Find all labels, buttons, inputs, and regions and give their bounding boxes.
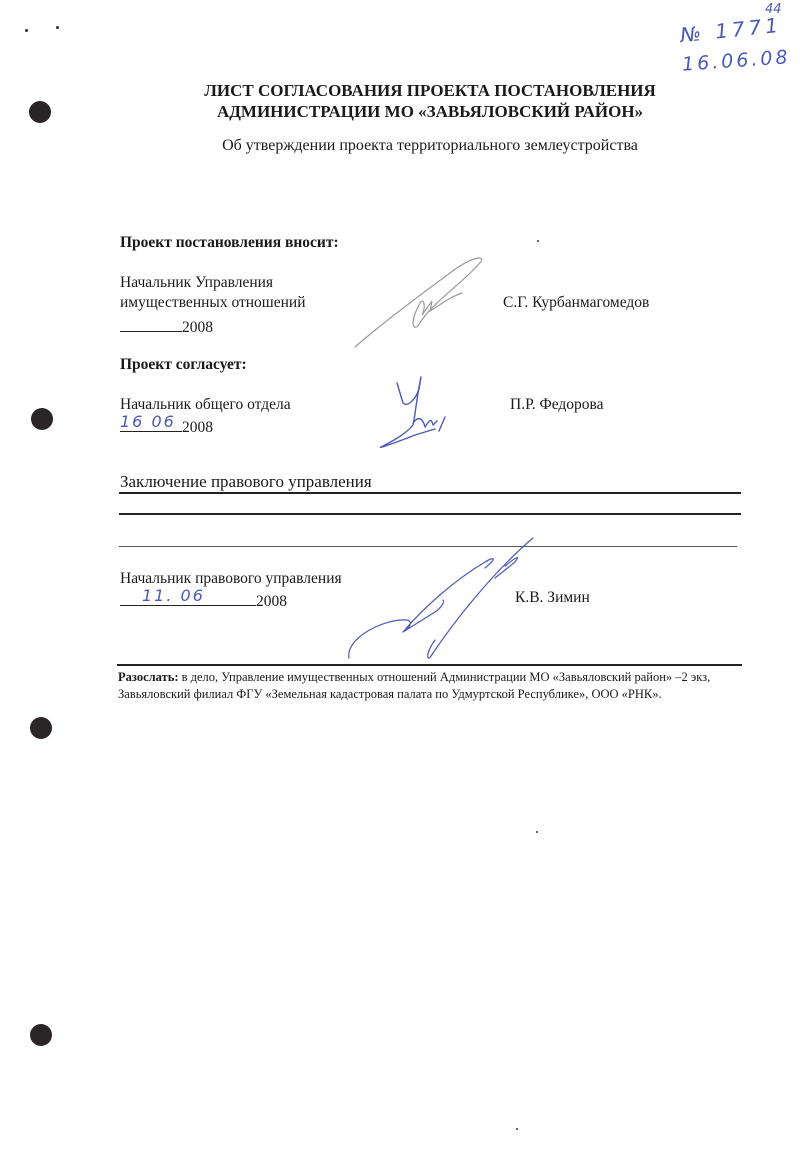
punch-hole <box>30 1024 52 1046</box>
scan-speck <box>537 240 539 242</box>
registration-date-handwritten: 16.06.08 <box>681 46 791 76</box>
submitted-by-heading: Проект постановления вносит: <box>120 233 339 252</box>
date-handwritten: 16 06 <box>120 412 176 431</box>
registration-number-handwritten: № 1771 <box>679 13 783 48</box>
scan-speck <box>536 831 538 833</box>
document-subtitle: Об утверждении проекта территориального … <box>0 137 800 155</box>
date-blank: 11. 06 <box>120 588 256 606</box>
date-blank: 16 06 <box>120 414 182 432</box>
date-year: 2008 <box>256 593 287 610</box>
distribution-label: Разослать: <box>118 670 179 684</box>
footer-rule <box>117 664 742 666</box>
punch-hole <box>31 408 53 430</box>
legal-head-name: К.В. Зимин <box>515 588 590 607</box>
date-handwritten: 11. 06 <box>142 586 205 605</box>
approver-name: П.Р. Федорова <box>510 395 604 414</box>
signature-submitter <box>350 245 490 355</box>
signature-approver <box>375 365 485 455</box>
legal-opinion-rule-2 <box>119 513 741 515</box>
distribution-list: Разослать: в дело, Управление имуществен… <box>118 669 748 703</box>
date-year: 2008 <box>182 319 213 336</box>
legal-opinion-rule-1 <box>119 492 741 494</box>
submitter-position-line1: Начальник Управления <box>120 273 273 292</box>
legal-head-date: 11. 06 2008 <box>120 588 287 611</box>
distribution-text: в дело, Управление имущественных отношен… <box>118 670 710 701</box>
document-title-line2: АДМИНИСТРАЦИИ МО «ЗАВЬЯЛОВСКИЙ РАЙОН» <box>0 101 800 122</box>
submitter-date: 2008 <box>120 314 213 337</box>
approved-by-heading: Проект согласует: <box>120 355 247 374</box>
document-title-line1: ЛИСТ СОГЛАСОВАНИЯ ПРОЕКТА ПОСТАНОВЛЕНИЯ <box>0 80 800 101</box>
date-year: 2008 <box>182 419 213 436</box>
approver-date: 16 06 2008 <box>120 414 213 437</box>
date-blank <box>120 314 182 332</box>
scan-speck <box>25 29 28 32</box>
punch-hole <box>30 717 52 739</box>
submitter-name: С.Г. Курбанмагомедов <box>503 293 649 312</box>
scan-speck <box>516 1128 518 1130</box>
scan-speck <box>56 26 59 29</box>
submitter-position-line2: имущественных отношений <box>120 293 306 312</box>
legal-opinion-heading: Заключение правового управления <box>120 472 372 492</box>
